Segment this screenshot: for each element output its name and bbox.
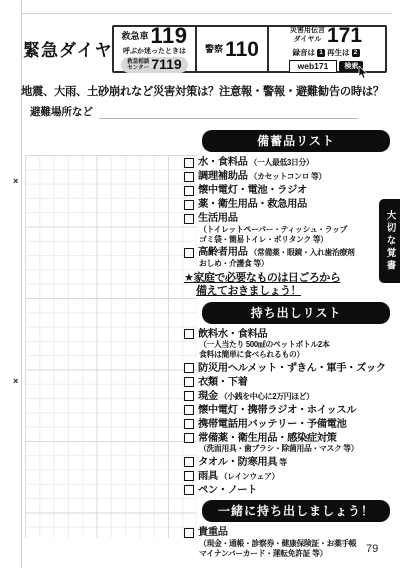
checklist-item: 防災用ヘルメット・ずきん・軍手・ズック: [184, 363, 392, 375]
item-label: 水・食料品: [198, 157, 247, 169]
web171-search-bar: web171 検索: [289, 60, 364, 73]
checklist-item-line: 懐中電灯・電池・ラジオ: [184, 185, 392, 197]
checklist-item-line: 薬・衛生用品・救急用品: [184, 199, 392, 211]
checklist-item-line: 防災用ヘルメット・ずきん・軍手・ズック: [184, 363, 392, 375]
checkbox[interactable]: [184, 391, 194, 401]
item-label: 携帯電話用バッテリー・予備電池: [198, 419, 346, 431]
checklist-item-line: ペン・ノート: [184, 485, 392, 497]
item-label: ペン・ノート: [198, 485, 257, 497]
page-number: 79: [366, 543, 378, 555]
checklist-item-line: 飲料水・食料品: [184, 329, 392, 341]
checklist-item: 貴重品（現金・通帳・診察券・健康保険証・お薬手帳マイナンバーカード・運転免許証 …: [184, 527, 392, 559]
disaster-dial-cell: 災害用伝言 ダイヤル 171 録音は 1 再生は 2 web171 検索: [269, 27, 383, 71]
section-header: 持ち出しリスト: [202, 302, 390, 324]
checklist-item: ペン・ノート: [184, 485, 392, 497]
checkbox[interactable]: [184, 377, 194, 387]
checkbox[interactable]: [184, 457, 194, 467]
checkbox[interactable]: [184, 158, 194, 168]
registration-cross-mark: ×: [13, 176, 18, 186]
item-inline-note: （小銭を中心に2万円ほど）: [220, 391, 314, 403]
checkbox[interactable]: [184, 363, 194, 373]
item-note-line: 食料は簡単に食べられるもの）: [199, 350, 392, 360]
checkbox[interactable]: [184, 405, 194, 415]
item-label: 生活用品: [198, 213, 238, 225]
item-inline-note: （常備薬・眼鏡・入れ歯治療剤: [249, 247, 354, 259]
checklist-sections: 備蓄品リスト水・食料品（一人最低3日分）調理補助品（カセットコンロ 等）懐中電灯…: [184, 130, 392, 563]
checkbox[interactable]: [184, 329, 194, 339]
checklist-item: 雨具（レインウェア）: [184, 471, 392, 483]
checklist-item: 懐中電灯・携帯ラジオ・ホイッスル: [184, 405, 392, 417]
record-play-keys: 録音は 1 再生は 2: [293, 47, 360, 58]
consult-center-name: 救急相談 センター: [127, 59, 149, 71]
memo-grid-panel: [25, 155, 197, 538]
police-cell: 警察 110: [195, 27, 269, 71]
checkbox[interactable]: [184, 248, 194, 258]
police-number: 110: [225, 39, 259, 60]
item-note-line: （現金・通帳・診察券・健康保険証・お薬手帳: [199, 539, 392, 549]
checklist-section: 備蓄品リスト水・食料品（一人最低3日分）調理補助品（カセットコンロ 等）懐中電灯…: [184, 130, 392, 298]
checklist-item-line: 懐中電灯・携帯ラジオ・ホイッスル: [184, 405, 392, 417]
checklist-item: 水・食料品（一人最低3日分）: [184, 157, 392, 169]
page-top-rule: [21, 13, 392, 14]
checkbox[interactable]: [184, 186, 194, 196]
checklist-item-line: 携帯電話用バッテリー・予備電池: [184, 419, 392, 431]
consult-center-name-2: センター: [127, 65, 149, 71]
item-note-line: （一人当たり 500㎖のペットボトル2本: [199, 340, 392, 350]
section-footer-note: 備えておきましょう！: [196, 285, 392, 298]
checklist-item-line: 衣類・下着: [184, 377, 392, 389]
item-note-line: マイナンバーカード・運転免許証 等）: [199, 549, 392, 559]
mouse-cursor-icon: [358, 66, 369, 79]
item-label: 高齢者用品: [198, 247, 247, 259]
item-label: 調理補助品: [198, 171, 247, 183]
disaster-dial-name-2: ダイヤル: [290, 36, 325, 44]
key-1-icon: 1: [317, 49, 325, 57]
ambulance-note: 呼ぶか迷ったときは: [123, 48, 186, 56]
consult-center-number: 7119: [151, 57, 181, 72]
item-label: 現金: [198, 391, 218, 403]
item-inline-note: （レインウェア）: [220, 471, 279, 483]
item-label: 貴重品: [198, 527, 228, 539]
checklist-item: 携帯電話用バッテリー・予備電池: [184, 419, 392, 431]
checklist-item-line: 生活用品: [184, 213, 392, 225]
ambulance-label: 救急車: [121, 32, 148, 41]
checklist-item: 衣類・下着: [184, 377, 392, 389]
disaster-dial-name: 災害用伝言 ダイヤル: [290, 27, 325, 43]
checklist-item-line: 水・食料品（一人最低3日分）: [184, 157, 392, 169]
shelter-write-line: [99, 106, 358, 119]
checklist-item: 高齢者用品（常備薬・眼鏡・入れ歯治療剤おしめ・介護食 等）: [184, 247, 392, 269]
disaster-dial-name-1: 災害用伝言: [290, 27, 325, 35]
play-label: 再生は: [327, 47, 350, 58]
checklist-item-line: 高齢者用品（常備薬・眼鏡・入れ歯治療剤: [184, 247, 392, 259]
checklist-item-line: 常備薬・衛生用品・感染症対策: [184, 433, 392, 445]
checklist-item: 飲料水・食料品（一人当たり 500㎖のペットボトル2本食料は簡単に食べられるもの…: [184, 329, 392, 361]
document-page: 緊急ダイヤル 救急車 119 呼ぶか迷ったときは 救急相談 センター 7119 …: [0, 0, 400, 568]
item-label: タオル・防寒用具: [198, 457, 277, 469]
checkbox[interactable]: [184, 172, 194, 182]
key-2-icon: 2: [352, 49, 360, 57]
checkbox[interactable]: [184, 419, 194, 429]
checklist-item-line: 雨具（レインウェア）: [184, 471, 392, 483]
checklist-item: 調理補助品（カセットコンロ 等）: [184, 171, 392, 183]
item-label: 防災用ヘルメット・ずきん・軍手・ズック: [198, 363, 386, 375]
ambulance-number: 119: [151, 25, 188, 47]
item-note-line: （トイレットペーパー・ティッシュ・ラップ: [199, 225, 392, 235]
record-label: 録音は: [293, 47, 316, 58]
item-label: 飲料水・食料品: [198, 329, 267, 341]
item-label: 懐中電灯・電池・ラジオ: [198, 185, 307, 197]
checklist-item: 生活用品（トイレットペーパー・ティッシュ・ラップゴミ袋・簡易トイレ・ポリタンク …: [184, 213, 392, 245]
checklist-item: 現金（小銭を中心に2万円ほど）: [184, 391, 392, 403]
item-label: 衣類・下着: [198, 377, 247, 389]
headline-text: 地震、大雨、土砂崩れなど災害対策は？注意報・警報・避難勧告の時は？: [21, 83, 399, 99]
checklist-item: 常備薬・衛生用品・感染症対策（洗面用具・歯ブラシ・除菌用品・マスク 等）: [184, 433, 392, 455]
police-label: 警察: [205, 45, 223, 54]
checklist-section: 持ち出しリスト飲料水・食料品（一人当たり 500㎖のペットボトル2本食料は簡単に…: [184, 302, 392, 497]
item-note-line: （洗面用具・歯ブラシ・除菌用品・マスク 等）: [199, 444, 392, 454]
checklist-item: タオル・防寒用具等: [184, 457, 392, 469]
checkbox[interactable]: [184, 433, 194, 443]
item-label: 雨具: [198, 471, 218, 483]
checklist-item: 薬・衛生用品・救急用品: [184, 199, 392, 211]
item-note-line: おしめ・介護食 等）: [199, 259, 392, 269]
checklist-item-line: 現金（小銭を中心に2万円ほど）: [184, 391, 392, 403]
shelter-label: 避難場所など: [30, 104, 93, 119]
item-label: 薬・衛生用品・救急用品: [198, 199, 307, 211]
section-header: 一緒に持ち出しましょう！: [202, 500, 390, 522]
ambulance-cell: 救急車 119 呼ぶか迷ったときは 救急相談 センター 7119: [114, 27, 195, 71]
section-header: 備蓄品リスト: [202, 130, 390, 152]
checklist-section: 一緒に持ち出しましょう！貴重品（現金・通帳・診察券・健康保険証・お薬手帳マイナン…: [184, 500, 392, 559]
consult-center-pill: 救急相談 センター 7119: [121, 57, 187, 72]
item-inline-note: 等: [279, 457, 287, 469]
shelter-line: 避難場所など: [30, 104, 358, 119]
item-label: 懐中電灯・携帯ラジオ・ホイッスル: [198, 405, 356, 417]
item-inline-note: （一人最低3日分）: [249, 157, 313, 169]
checklist-item-line: 貴重品: [184, 527, 392, 539]
checklist-item-line: 調理補助品（カセットコンロ 等）: [184, 171, 392, 183]
checkbox[interactable]: [184, 528, 194, 538]
checklist-item-line: タオル・防寒用具等: [184, 457, 392, 469]
item-inline-note: （カセットコンロ 等）: [249, 171, 326, 183]
emergency-numbers-box: 救急車 119 呼ぶか迷ったときは 救急相談 センター 7119 警察 110 …: [112, 25, 387, 73]
registration-cross-mark: ×: [13, 376, 18, 386]
item-label: 常備薬・衛生用品・感染症対策: [198, 433, 337, 445]
checkbox[interactable]: [184, 485, 194, 495]
web171-query-box: web171: [289, 60, 338, 73]
checkbox[interactable]: [184, 214, 194, 224]
section-footer-note: ★家庭で必要なものは日ごろから: [184, 272, 392, 285]
checkbox[interactable]: [184, 200, 194, 210]
checklist-item: 懐中電灯・電池・ラジオ: [184, 185, 392, 197]
disaster-dial-number: 171: [327, 25, 362, 46]
item-note-line: ゴミ袋・簡易トイレ・ポリタンク 等）: [199, 235, 392, 245]
checkbox[interactable]: [184, 471, 194, 481]
